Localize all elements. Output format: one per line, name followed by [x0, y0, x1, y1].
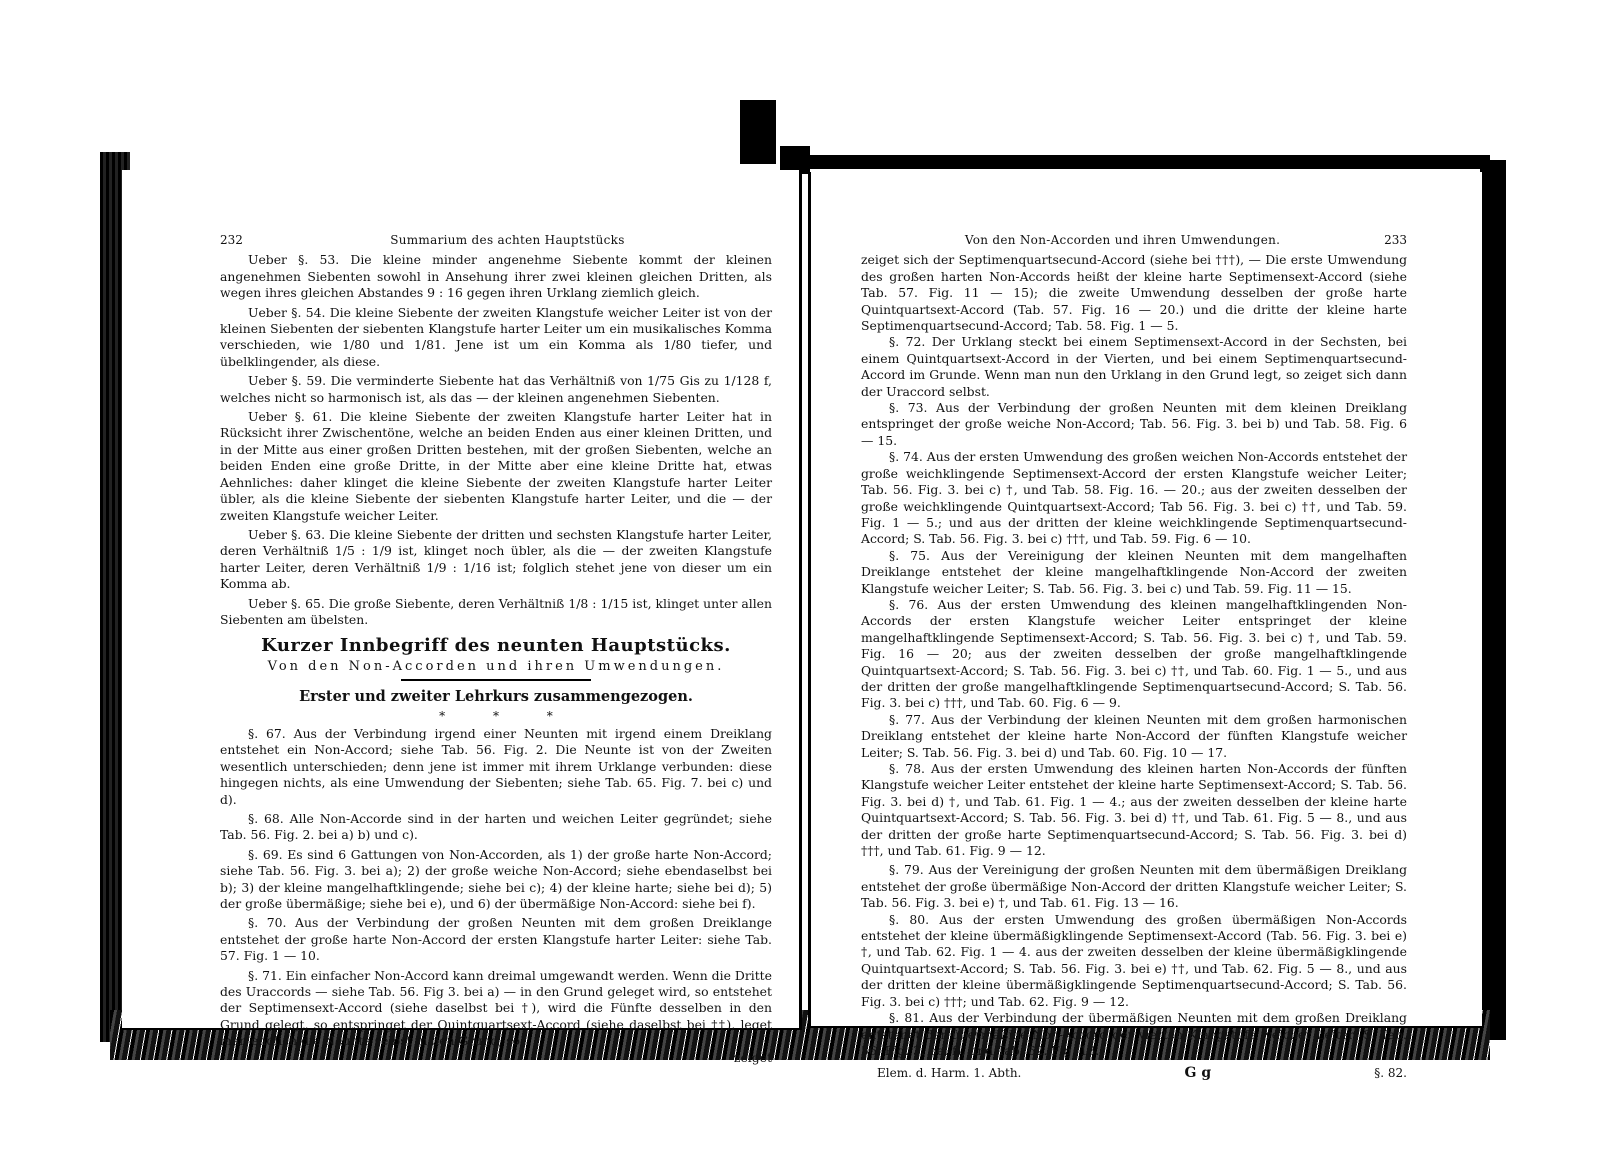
section-74: §. 74. Aus der ersten Umwendung des groß…	[861, 449, 1407, 547]
catchword: §. 82.	[1374, 1065, 1407, 1081]
asterism: * * *	[220, 708, 772, 724]
signature-mark: G g	[1185, 1065, 1212, 1081]
book-cover-edge-right	[1480, 160, 1506, 1040]
section-79: §. 79. Aus der Vereinigung der großen Ne…	[861, 862, 1407, 911]
paragraph-ueber-65: Ueber §. 65. Die große Siebente, deren V…	[220, 596, 772, 629]
book-cover-edge-top	[800, 155, 1490, 169]
paragraph-ueber-61: Ueber §. 61. Die kleine Siebente der zwe…	[220, 409, 772, 524]
left-page: 232 Summarium des achten Hauptstücks Ueb…	[122, 170, 802, 1030]
page-number: 232	[220, 232, 243, 248]
imprint-line: Elem. d. Harm. 1. Abth.	[877, 1065, 1021, 1081]
section-81: §. 81. Aus der Verbindung der übermäßige…	[861, 1010, 1407, 1059]
section-71: §. 71. Ein einfacher Non-Accord kann dre…	[220, 968, 772, 1050]
paragraph-ueber-54: Ueber §. 54. Die kleine Siebente der zwe…	[220, 305, 772, 371]
right-running-head: Von den Non-Accorden und ihren Umwendung…	[861, 232, 1407, 248]
paragraph-ueber-59: Ueber §. 59. Die verminderte Siebente ha…	[220, 373, 772, 406]
chapter-heading: Kurzer Innbegriff des neunten Hauptstück…	[220, 638, 772, 654]
section-78: §. 78. Aus der ersten Umwendung des klei…	[861, 761, 1407, 859]
right-page: Von den Non-Accorden und ihren Umwendung…	[808, 172, 1482, 1028]
paragraph-ueber-63: Ueber §. 63. Die kleine Siebente der dri…	[220, 527, 772, 593]
section-80: §. 80. Aus der ersten Umwendung des groß…	[861, 912, 1407, 1010]
running-title: Summarium des achten Hauptstücks	[243, 232, 772, 248]
chapter-subtitle: Von den Non-Accorden und ihren Umwendung…	[220, 659, 772, 675]
heading-divider	[401, 679, 591, 681]
left-running-head: 232 Summarium des achten Hauptstücks	[220, 232, 772, 248]
catchword: zeiget	[220, 1050, 772, 1066]
course-heading: Erster und zweiter Lehrkurs zusammengezo…	[220, 689, 772, 705]
running-title: Von den Non-Accorden und ihren Umwendung…	[861, 232, 1384, 248]
section-69: §. 69. Es sind 6 Gattungen von Non-Accor…	[220, 847, 772, 913]
section-73: §. 73. Aus der Verbindung der großen Neu…	[861, 400, 1407, 449]
section-68: §. 68. Alle Non-Accorde sind in der hart…	[220, 811, 772, 844]
book-spine-top	[740, 100, 776, 164]
section-72: §. 72. Der Urklang steckt bei einem Sept…	[861, 334, 1407, 400]
right-page-text: Von den Non-Accorden und ihren Umwendung…	[861, 232, 1407, 1082]
paragraph-ueber-53: Ueber §. 53. Die kleine minder angenehme…	[220, 252, 772, 301]
page-footer: Elem. d. Harm. 1. Abth. G g §. 82.	[861, 1065, 1407, 1081]
left-page-text: 232 Summarium des achten Hauptstücks Ueb…	[220, 232, 772, 1066]
page-number: 233	[1384, 232, 1407, 248]
section-71-continued: zeiget sich der Septimenquartsecund-Acco…	[861, 252, 1407, 334]
section-70: §. 70. Aus der Verbindung der großen Neu…	[220, 915, 772, 964]
section-67: §. 67. Aus der Verbindung irgend einer N…	[220, 726, 772, 808]
section-77: §. 77. Aus der Verbindung der kleinen Ne…	[861, 712, 1407, 761]
section-75: §. 75. Aus der Vereinigung der kleinen N…	[861, 548, 1407, 597]
section-76: §. 76. Aus der ersten Umwendung des klei…	[861, 597, 1407, 712]
